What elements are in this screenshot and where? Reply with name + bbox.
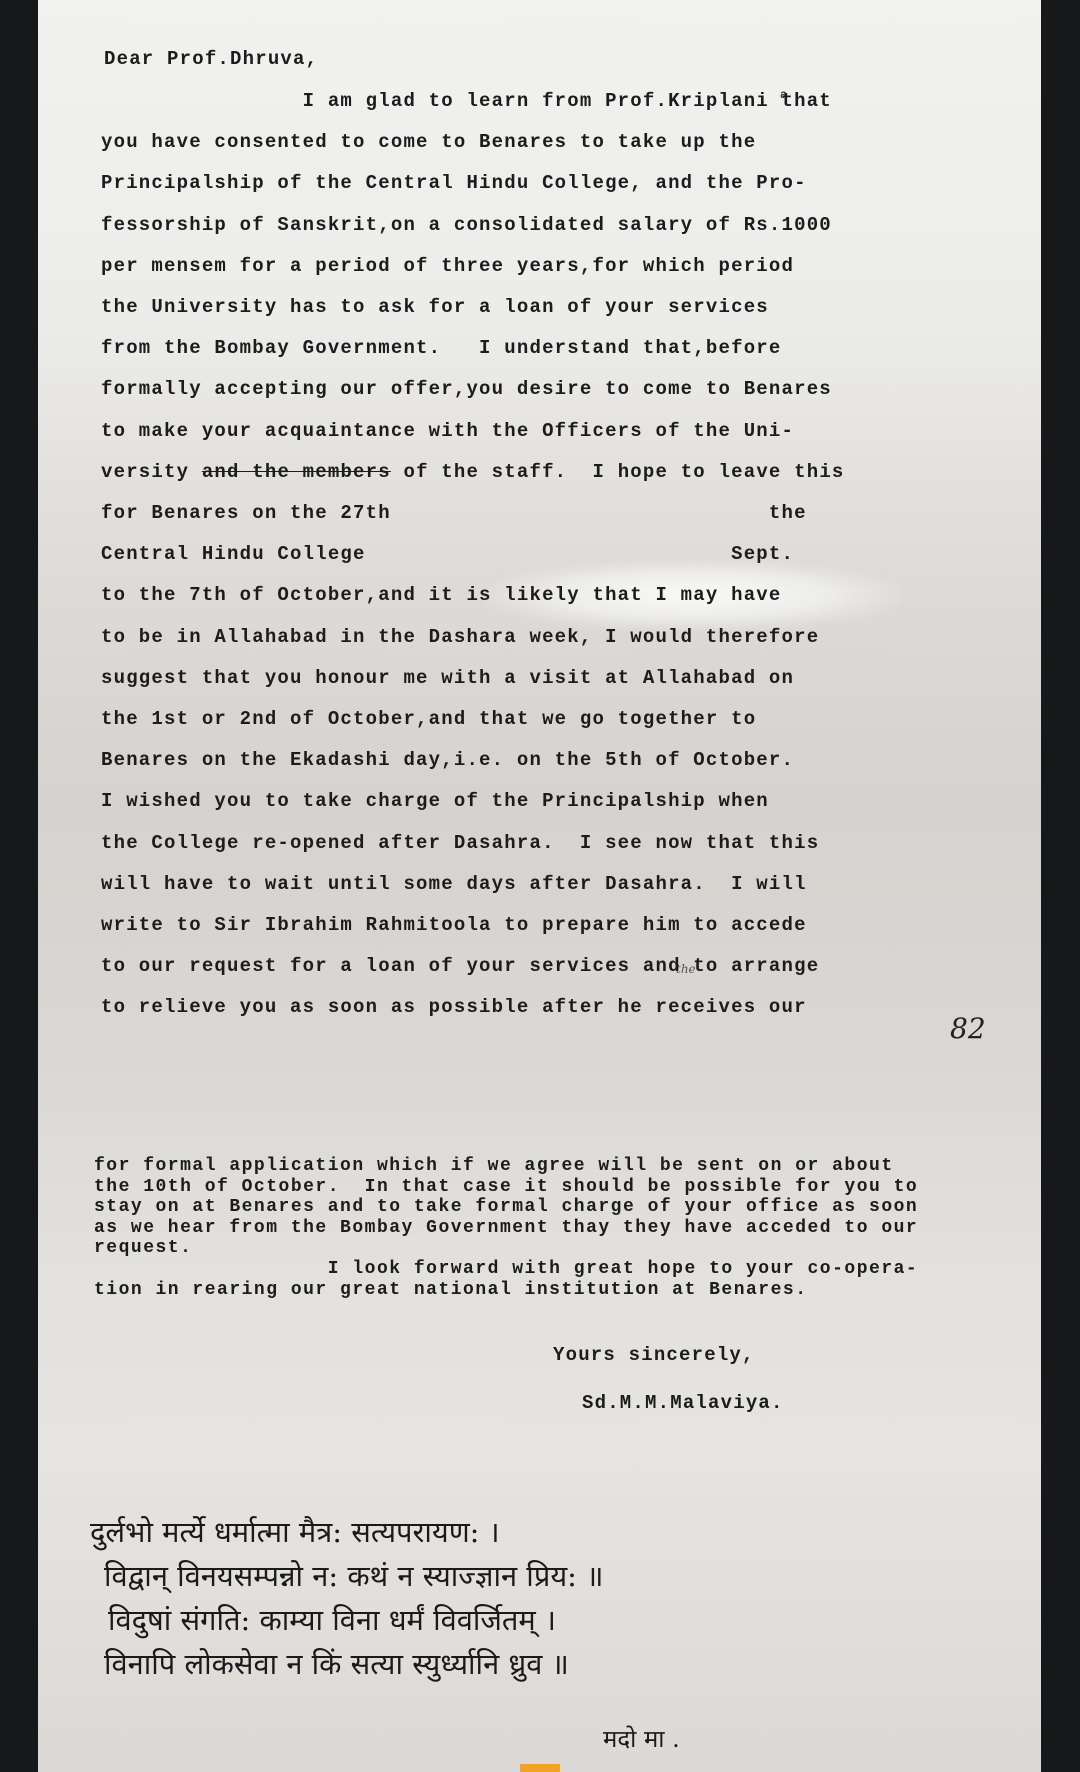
body-line: will have to wait until some days after … xyxy=(101,873,807,895)
body-line: the University has to ask for a loan of … xyxy=(101,296,769,318)
body-line: the 10th of October. In that case it sho… xyxy=(94,1177,918,1197)
body-line: you have consented to come to Benares to… xyxy=(101,131,756,153)
body-line: for formal application which if we agree… xyxy=(94,1156,894,1176)
body-line: I wished you to take charge of the Princ… xyxy=(101,790,769,812)
body-line: I look forward with great hope to your c… xyxy=(94,1259,918,1279)
body-line: suggest that you honour me with a visit … xyxy=(101,667,794,689)
body-line: Benares on the Ekadashi day,i.e. on the … xyxy=(101,749,794,771)
closing: Yours sincerely, xyxy=(553,1344,755,1366)
body-line: for Benares on the 27th the xyxy=(101,502,807,524)
body-line: versity and the members of the staff. I … xyxy=(101,461,845,483)
body-line: tion in rearing our great national insti… xyxy=(94,1280,808,1300)
body-line: per mensem for a period of three years,f… xyxy=(101,255,794,277)
letter-page: a the Dear Prof.Dhruva, I am glad to lea… xyxy=(38,0,1041,1772)
struck-text: and the members xyxy=(202,461,391,483)
body-line: to our request for a loan of your servic… xyxy=(101,955,819,977)
body-line: Central Hindu College Sept. xyxy=(101,543,794,565)
verse-line: विनापि लोकसेवा न किं सत्या स्युर्ध्यानि … xyxy=(104,1644,569,1683)
body-line: the 1st or 2nd of October,and that we go… xyxy=(101,708,756,730)
image-viewer: a the Dear Prof.Dhruva, I am glad to lea… xyxy=(0,0,1080,1772)
handwritten-margin-note: 82 xyxy=(950,1012,986,1045)
verse-line: विदुषां संगति: काम्या विना धर्मं विवर्जि… xyxy=(108,1600,556,1639)
signature: Sd.M.M.Malaviya. xyxy=(582,1392,784,1414)
body-line: to be in Allahabad in the Dashara week, … xyxy=(101,626,819,648)
body-line: formally accepting our offer,you desire … xyxy=(101,378,832,400)
body-line: as we hear from the Bombay Government th… xyxy=(94,1218,918,1238)
body-line: to relieve you as soon as possible after… xyxy=(101,996,807,1018)
body-line: to the 7th of October,and it is likely t… xyxy=(101,584,782,606)
salutation: Dear Prof.Dhruva, xyxy=(104,48,318,70)
handwritten-signoff: मदो मा . xyxy=(603,1722,680,1755)
body-line: fessorship of Sanskrit,on a consolidated… xyxy=(101,214,832,236)
page-indicator xyxy=(520,1764,560,1772)
body-line: stay on at Benares and to take formal ch… xyxy=(94,1197,918,1217)
verse-line: विद्वान् विनयसम्पन्नो न: कथं न स्याज्ज्ञ… xyxy=(104,1556,604,1595)
body-line: from the Bombay Government. I understand… xyxy=(101,337,782,359)
body-line: request. xyxy=(94,1238,192,1258)
body-line: Principalship of the Central Hindu Colle… xyxy=(101,172,807,194)
body-line: to make your acquaintance with the Offic… xyxy=(101,420,794,442)
body-line: I am glad to learn from Prof.Kriplani th… xyxy=(101,90,832,112)
body-line: the College re-opened after Dasahra. I s… xyxy=(101,832,819,854)
verse-line: दुर्लभो मर्त्ये धर्मात्मा मैत्र: सत्यपरा… xyxy=(90,1512,500,1551)
body-line: write to Sir Ibrahim Rahmitoola to prepa… xyxy=(101,914,807,936)
